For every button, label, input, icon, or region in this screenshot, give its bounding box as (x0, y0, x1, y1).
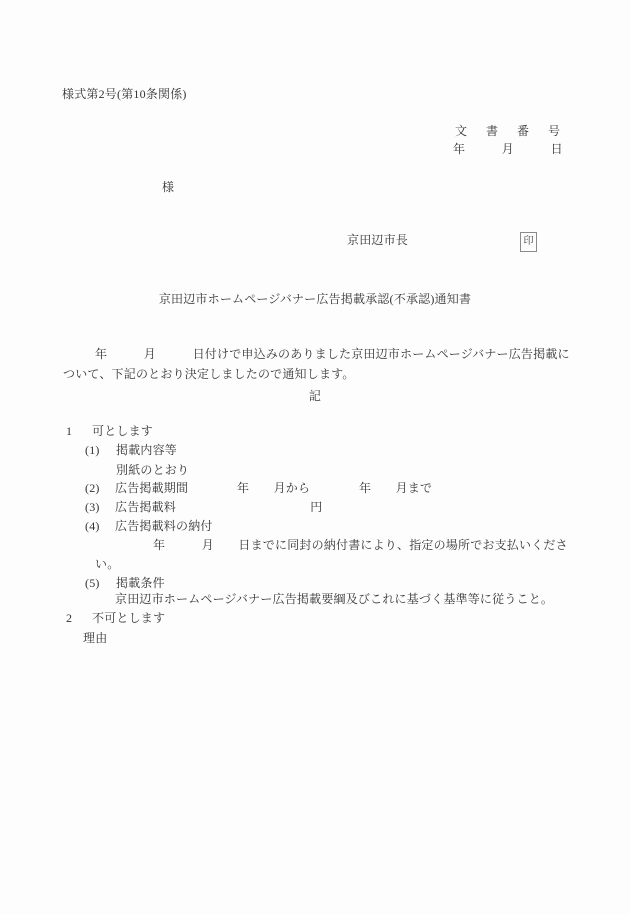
item-content-label: 掲載内容等 (116, 443, 177, 457)
item-content-number: (1) (85, 443, 100, 457)
seal-box: 印 (520, 232, 537, 252)
body-line-1: 年 月 日付けで申込みのありました京田辺市ホームページバナー広告掲載に (95, 347, 570, 361)
item-payment-detail-line-1: 年 月 日までに同封の納付書により、指定の場所でお支払いくださ (153, 538, 568, 552)
item-payment-label: 広告掲載料の納付 (115, 519, 213, 533)
item-condition-detail: 京田辺市ホームページバナー広告掲載要綱及びこれに基づく基準等に従うこと。 (115, 592, 553, 606)
notice-document-page: 様式第2号(第10条関係) 文 書 番 号 年 月 日 様 京田辺市長 印 京田… (0, 0, 630, 915)
item-period-number: (2) (85, 481, 100, 495)
addressee-honorific: 様 (162, 180, 174, 194)
item-reject-label: 不可とします (92, 611, 165, 625)
item-content-detail: 別紙のとおり (116, 463, 189, 477)
reason-label: 理由 (83, 631, 107, 645)
header-date-line: 年 月 日 (453, 142, 563, 156)
document-number-label: 文 書 番 号 (455, 124, 564, 138)
sender-title: 京田辺市長 (347, 233, 408, 247)
item-payment-detail-line-2: い。 (95, 557, 119, 571)
form-number: 様式第2号(第10条関係) (62, 87, 187, 101)
item-reject-number: 2 (66, 611, 72, 625)
item-condition-number: (5) (85, 576, 100, 590)
item-approve-label: 可とします (92, 424, 153, 438)
record-mark: 記 (0, 389, 630, 403)
item-period-label: 広告掲載期間 年 月から 年 月まで (115, 481, 432, 495)
body-line-2: ついて、下記のとおり決定しましたので通知します。 (63, 367, 355, 381)
notice-title: 京田辺市ホームページバナー広告掲載承認(不承認)通知書 (0, 292, 630, 306)
item-payment-number: (4) (85, 519, 100, 533)
item-condition-label: 掲載条件 (116, 576, 165, 590)
item-fee-number: (3) (85, 500, 100, 514)
item-fee-label: 広告掲載料 円 (115, 500, 322, 514)
seal-mark: 印 (524, 237, 534, 247)
item-approve-number: 1 (66, 424, 72, 438)
